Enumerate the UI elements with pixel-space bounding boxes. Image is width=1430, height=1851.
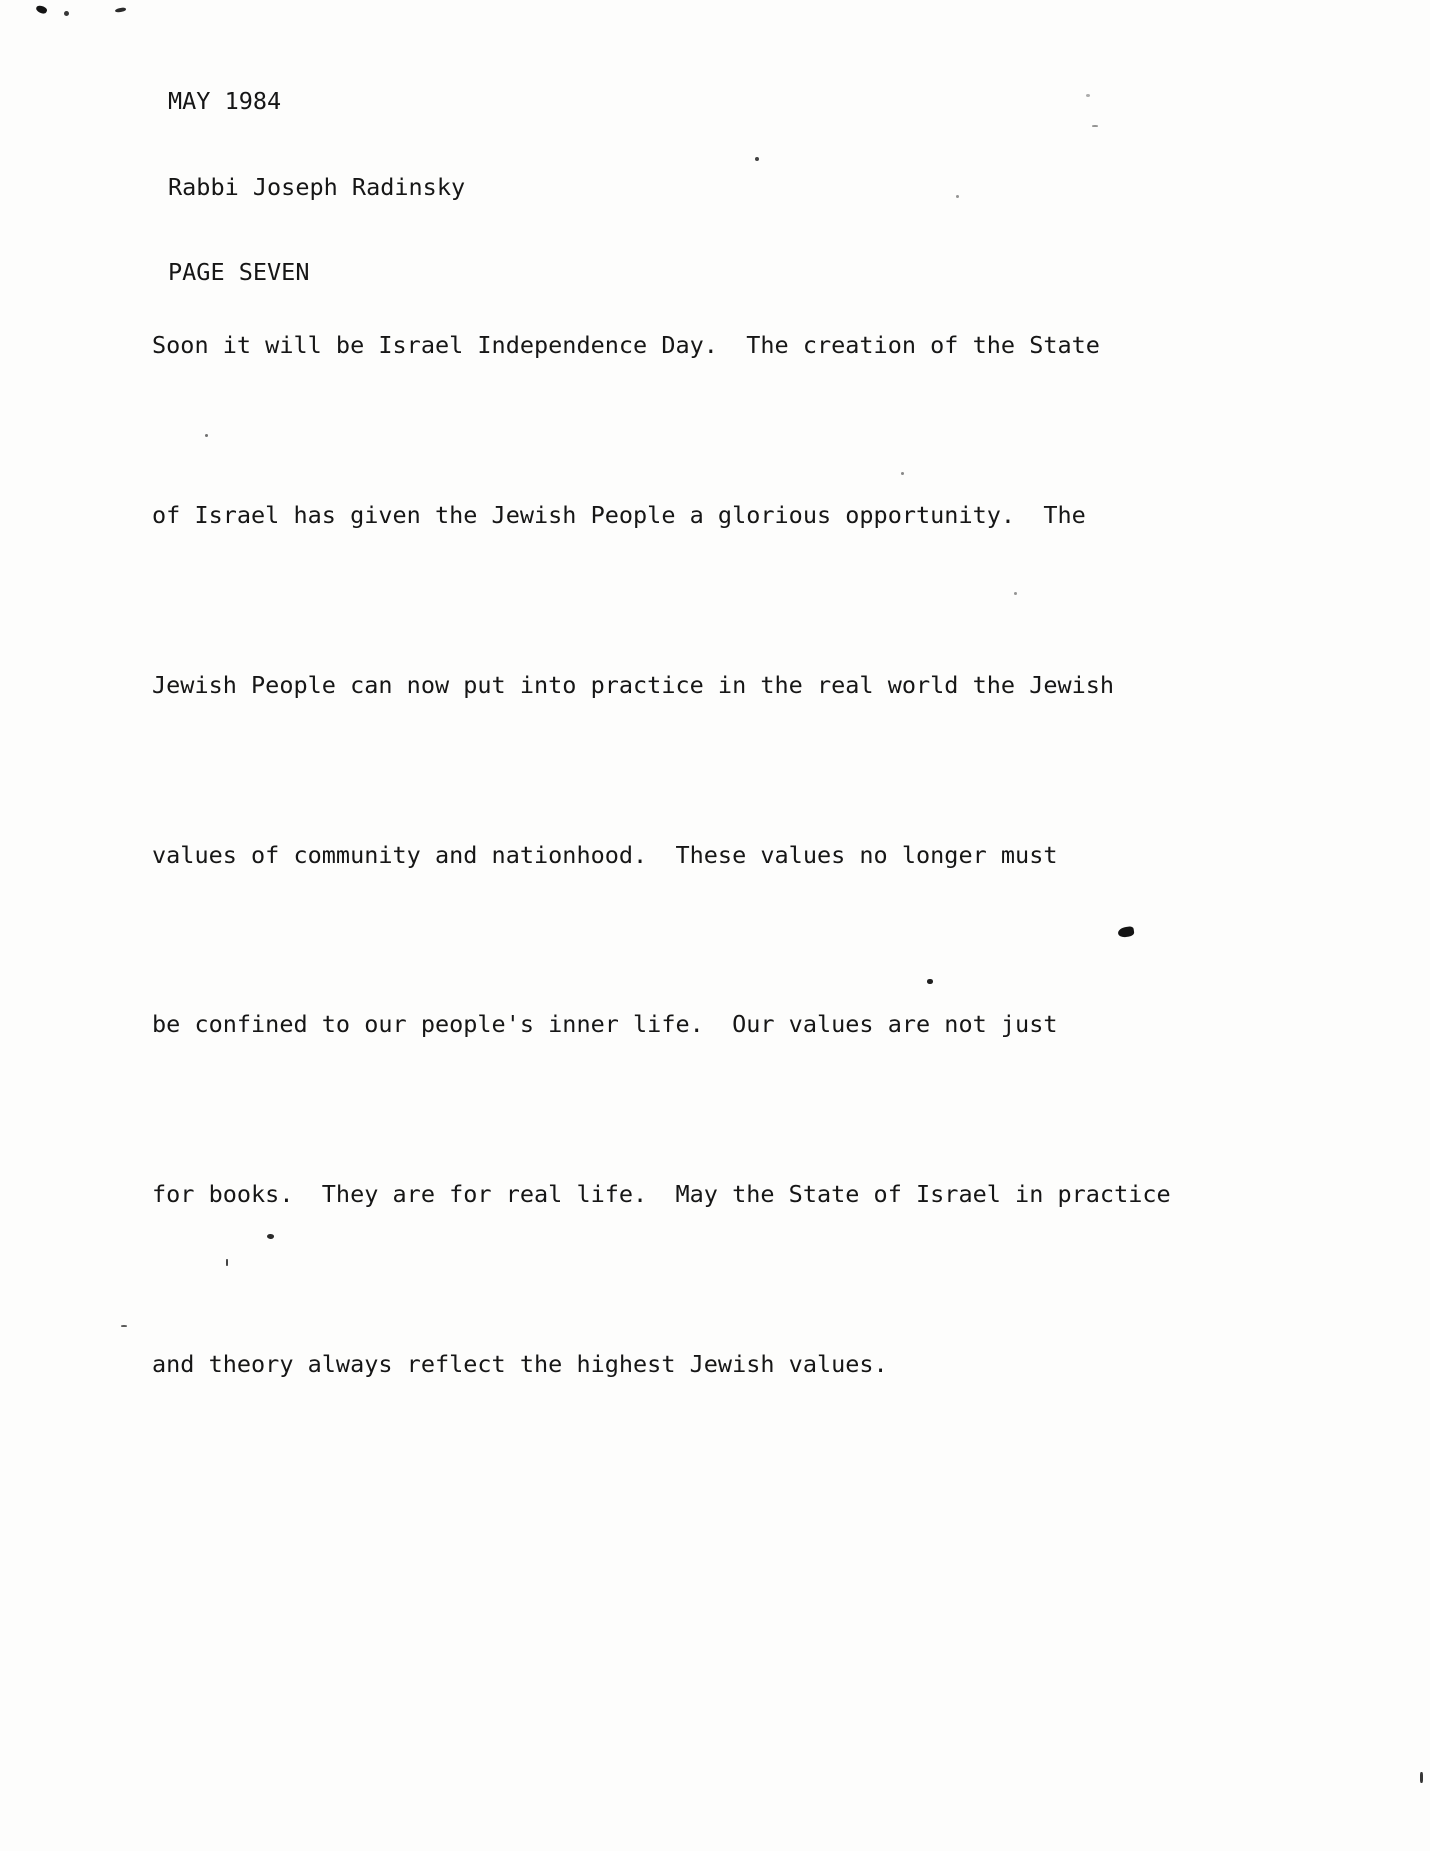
document-page: MAY 1984 Rabbi Joseph Radinsky PAGE SEVE… xyxy=(0,0,1430,1851)
ink-speck xyxy=(1420,1772,1423,1783)
body-line: Soon it will be Israel Independence Day.… xyxy=(152,317,1171,374)
body-line: Jewish People can now put into practice … xyxy=(152,657,1171,714)
body-line: be confined to our people's inner life. … xyxy=(152,996,1171,1053)
header-author: Rabbi Joseph Radinsky xyxy=(168,173,465,202)
ink-speck xyxy=(121,1325,127,1327)
header-month-year: MAY 1984 xyxy=(168,87,465,116)
body-line: values of community and nationhood. Thes… xyxy=(152,827,1171,884)
body-line: for books. They are for real life. May t… xyxy=(152,1166,1171,1223)
document-body-paragraph: Soon it will be Israel Independence Day.… xyxy=(152,204,1171,1506)
body-line: of Israel has given the Jewish People a … xyxy=(152,487,1171,544)
ink-speck xyxy=(64,11,69,16)
body-line: and theory always reflect the highest Je… xyxy=(152,1336,1171,1393)
ink-speck xyxy=(35,4,48,15)
ink-speck xyxy=(1092,125,1098,127)
ink-speck xyxy=(956,195,959,198)
ink-speck xyxy=(755,157,759,161)
ink-speck xyxy=(115,7,127,13)
ink-speck xyxy=(1086,94,1090,97)
